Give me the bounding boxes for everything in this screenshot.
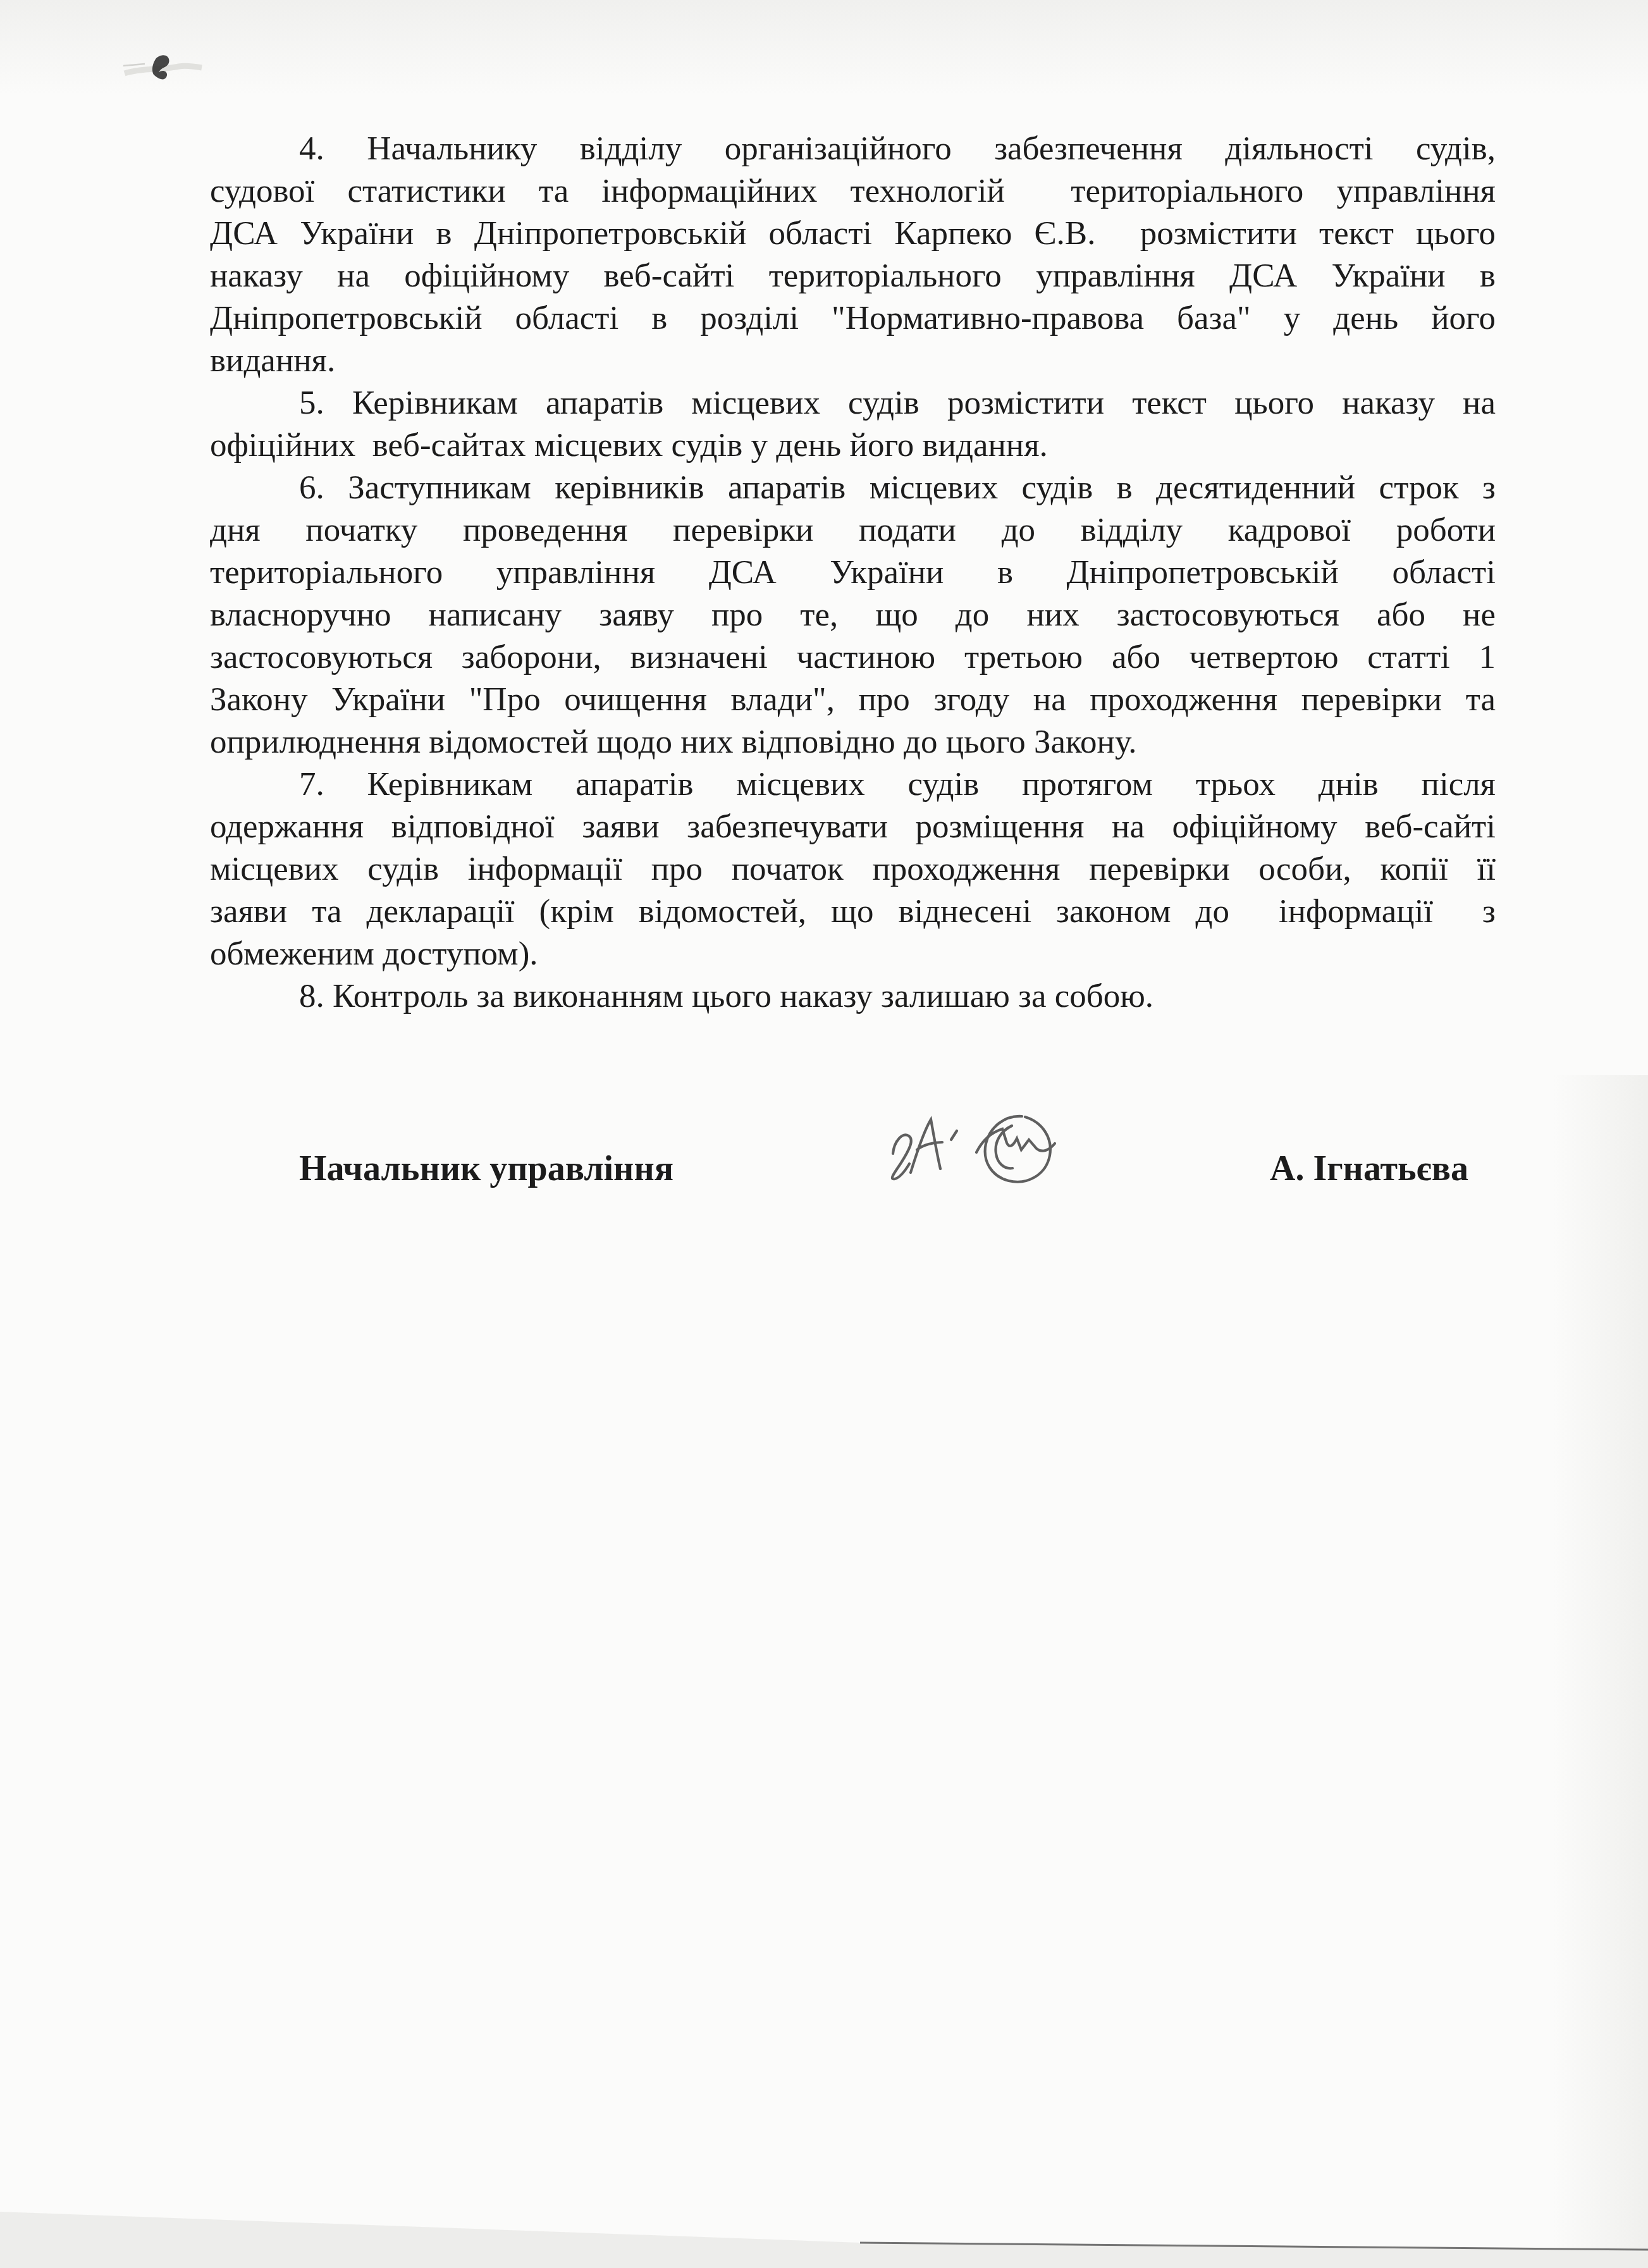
document-line: наказу на офіційному веб-сайті територіа… — [210, 255, 1496, 297]
document-line: видання. — [210, 340, 1496, 382]
document-body: 4. Начальнику відділу організаційного за… — [210, 128, 1496, 1018]
document-line: територіального управління ДСА України в… — [210, 552, 1496, 594]
signature-row: Начальник управління А. Ігнатьєва — [210, 1147, 1496, 1191]
document-line: 8. Контроль за виконанням цього наказу з… — [210, 975, 1496, 1018]
signatory-name: А. Ігнатьєва — [1270, 1147, 1468, 1191]
scanned-document-page: 4. Начальнику відділу організаційного за… — [0, 0, 1648, 2268]
document-line: Дніпропетровській області в розділі "Нор… — [210, 297, 1496, 340]
signatory-position-title: Начальник управління — [210, 1147, 673, 1191]
scan-right-edge-shadow — [1553, 1075, 1648, 2268]
document-line: 7. Керівникам апаратів місцевих судів пр… — [210, 763, 1496, 806]
document-line: 4. Начальнику відділу організаційного за… — [210, 128, 1496, 170]
document-line: 5. Керівникам апаратів місцевих судів ро… — [210, 382, 1496, 424]
document-line: заяви та декларації (крім відомостей, що… — [210, 891, 1496, 933]
document-line: обмеженим доступом). — [210, 933, 1496, 975]
scan-top-shadow — [0, 0, 1648, 95]
document-line: офіційних веб-сайтах місцевих судів у де… — [210, 424, 1496, 467]
document-line: місцевих судів інформації про початок пр… — [210, 848, 1496, 891]
document-line: судової статистики та інформаційних техн… — [210, 170, 1496, 213]
document-line: 6. Заступникам керівників апаратів місце… — [210, 467, 1496, 509]
document-line: одержання відповідної заяви забезпечуват… — [210, 806, 1496, 848]
ink-smudge-icon — [123, 48, 206, 89]
document-line: застосовуються заборони, визначені части… — [210, 636, 1496, 679]
document-line: оприлюднення відомостей щодо них відпові… — [210, 721, 1496, 763]
document-line: власноручно написану заяву про те, що до… — [210, 594, 1496, 636]
document-line: ДСА України в Дніпропетровській області … — [210, 213, 1496, 255]
document-line: дня початку проведення перевірки подати … — [210, 509, 1496, 552]
handwritten-signature-icon — [883, 1107, 1066, 1190]
page-bottom-edge-shadow — [0, 2167, 1648, 2268]
document-line: Закону України "Про очищення влади", про… — [210, 679, 1496, 721]
